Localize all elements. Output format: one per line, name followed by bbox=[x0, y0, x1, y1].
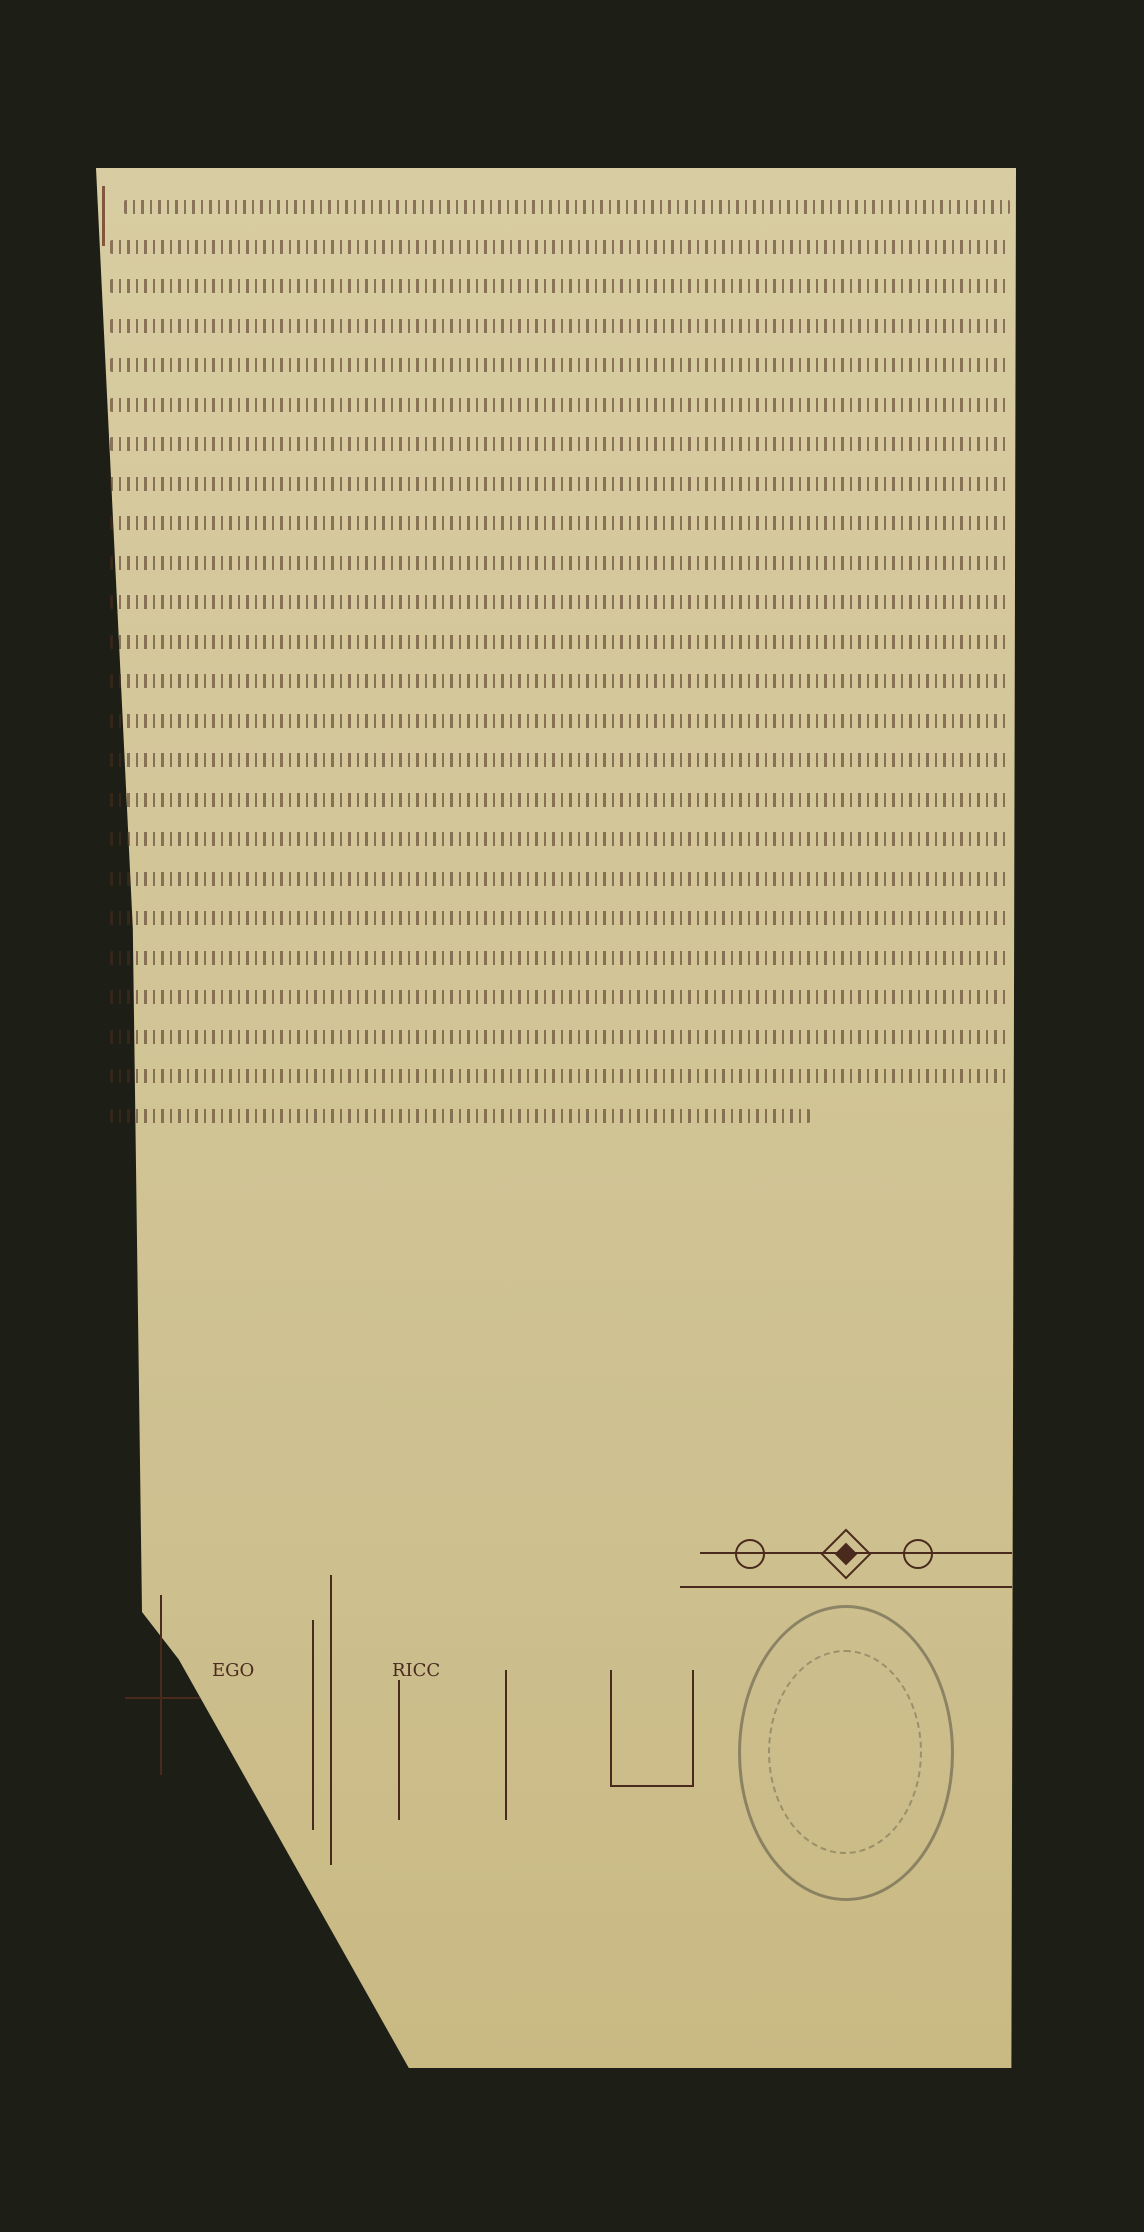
text-line bbox=[110, 621, 1010, 661]
text-line bbox=[110, 976, 1010, 1016]
text-line bbox=[110, 858, 1010, 898]
text-line bbox=[110, 1016, 1010, 1056]
seal-tag-outline bbox=[610, 1670, 694, 1787]
subscription-ego: EGO bbox=[212, 1660, 254, 1681]
text-line bbox=[110, 344, 1010, 384]
text-line bbox=[110, 700, 1010, 740]
ornament-rule bbox=[680, 1586, 1012, 1588]
text-line bbox=[110, 423, 1010, 463]
text-line bbox=[110, 463, 1010, 503]
text-line bbox=[110, 739, 1010, 779]
ornament-circle bbox=[735, 1539, 765, 1569]
text-line bbox=[110, 502, 1010, 542]
text-line bbox=[110, 897, 1010, 937]
text-line bbox=[110, 1095, 1010, 1135]
text-line bbox=[110, 660, 1010, 700]
text-line bbox=[110, 384, 1010, 424]
signature-stroke bbox=[312, 1620, 314, 1830]
text-line bbox=[110, 1055, 1010, 1095]
text-line bbox=[110, 581, 1010, 621]
text-line bbox=[110, 265, 1010, 305]
signature-stroke bbox=[398, 1680, 400, 1820]
cross-signum-bar bbox=[125, 1697, 200, 1699]
text-line bbox=[110, 186, 1010, 226]
charter-text-block bbox=[110, 186, 1010, 1134]
cross-signum bbox=[160, 1595, 162, 1775]
text-line bbox=[110, 937, 1010, 977]
text-line bbox=[110, 305, 1010, 345]
subscription-ricc: RICC bbox=[392, 1660, 440, 1681]
signature-stroke bbox=[330, 1575, 332, 1865]
seal-figure bbox=[768, 1650, 922, 1854]
signature-stroke bbox=[505, 1670, 507, 1820]
text-line bbox=[110, 779, 1010, 819]
text-line bbox=[110, 542, 1010, 582]
ornament-circle bbox=[903, 1539, 933, 1569]
text-line bbox=[110, 818, 1010, 858]
text-line bbox=[110, 226, 1010, 266]
